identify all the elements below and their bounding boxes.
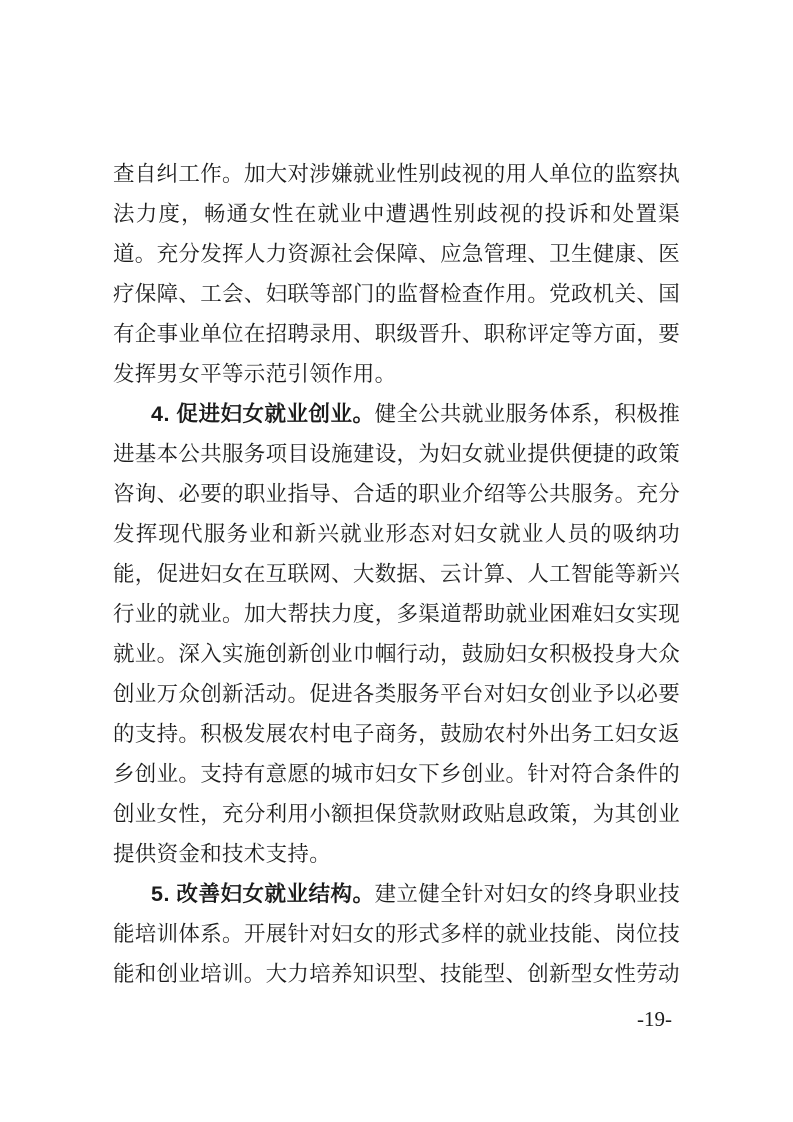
- document-page: 查自纠工作。加大对涉嫌就业性别歧视的用人单位的监察执法力度，畅通女性在就业中遭遇…: [0, 0, 793, 1122]
- paragraph-item-4: 4. 促进妇女就业创业。健全公共就业服务体系，积极推进基本公共服务项目设施建设，…: [113, 394, 680, 874]
- paragraph-text: 健全公共就业服务体系，积极推进基本公共服务项目设施建设，为妇女就业提供便捷的政策…: [113, 402, 680, 866]
- paragraph-heading: 4. 促进妇女就业创业。: [151, 402, 375, 426]
- paragraph-heading: 5. 改善妇女就业结构。: [151, 882, 375, 906]
- paragraph-text: 查自纠工作。加大对涉嫌就业性别歧视的用人单位的监察执法力度，畅通女性在就业中遭遇…: [113, 162, 680, 386]
- paragraph-item-5: 5. 改善妇女就业结构。建立健全针对妇女的终身职业技能培训体系。开展针对妇女的形…: [113, 874, 680, 994]
- paragraph-continuation: 查自纠工作。加大对涉嫌就业性别歧视的用人单位的监察执法力度，畅通女性在就业中遭遇…: [113, 154, 680, 394]
- document-body: 查自纠工作。加大对涉嫌就业性别歧视的用人单位的监察执法力度，畅通女性在就业中遭遇…: [113, 154, 680, 994]
- page-number: -19-: [637, 1006, 672, 1032]
